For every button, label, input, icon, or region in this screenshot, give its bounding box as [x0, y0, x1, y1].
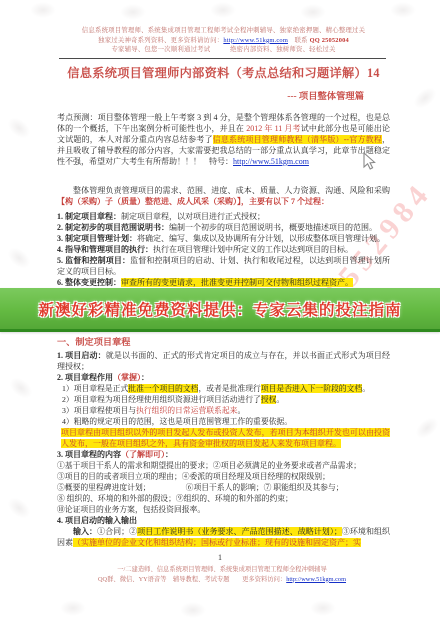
- charter-highlight-note: 项目章程由项目组织以外的项目发起人发布或投资人发布，若项目为本组织开发也可以由投…: [61, 427, 390, 449]
- process-item-2: 2. 制定初步的项目范围说明书：编制一个初步的项目范围说明书，概要地描述项目的范…: [57, 222, 390, 233]
- charter-subitem-4: 4）粗略的规定项目的范围，这也是项目范围管理工作的重要依据。: [62, 416, 390, 427]
- text-segment: 制定项目章程，以对项目进行正式授权；: [121, 212, 265, 221]
- process-item-1: 1. 制定项目章程：制定项目章程，以对项目进行正式授权；: [57, 211, 390, 222]
- text-segment: 项目工作说明书（业务要求、产品范围描述、战略计划）；: [137, 527, 342, 536]
- text-segment: （了解即可）: [121, 450, 165, 459]
- text-segment: 授权: [261, 395, 277, 404]
- process-item-3: 3. 制定项目管理计划：将确定、编写、集成以及协调所有分计划，以形成整体项目管理…: [57, 233, 390, 244]
- page-title: 信息系统项目管理师内部资料（考点总结和习题详解）14: [57, 64, 390, 81]
- charter-content-line-1: ①基于项目干系人的需求和期望提出的要求；②项目必须满足的业务要求或者产品需求；: [57, 460, 390, 471]
- text-segment: 将确定、编写、集成以及协调所有分计划，以形成整体项目管理计划。: [137, 234, 385, 243]
- text-segment: 6. 整体变更控制：: [57, 278, 121, 287]
- text-segment: 编制一个初步的项目范围说明书，概要地描述项目的范围。: [169, 223, 377, 232]
- text-segment: 整体管理负责管理项目的需求、范围、进度、成本、质量、人力资源、沟通、风险和采购: [73, 186, 390, 195]
- edge-smudge: [410, 84, 440, 113]
- charter-content-line-5: ⑩论证项目的业务方案，包括投资回报率。: [57, 504, 390, 515]
- text-segment: 输入：: [73, 527, 97, 536]
- text-segment: 【构（采购）子（质量）整范进、成人风采（采购）】，: [57, 197, 249, 206]
- text-segment: 项目章程由项目组织以外的项目发起人发布或投资人发布，若项目为本组织开发也可以由投…: [61, 428, 390, 448]
- text-segment: 执行组织的日常运营联系起来: [136, 406, 237, 415]
- text-segment: 。: [237, 406, 245, 415]
- edge-smudge: [60, 600, 86, 616]
- section-heading: 一、制定项目章程: [57, 336, 390, 348]
- footer-line-1: 一/二建造师、信息系统项目管理师、系统集成项目管理工程师全程冲刺辅导: [40, 565, 404, 575]
- text-segment: 。: [276, 395, 284, 404]
- edge-smudge: [6, 374, 36, 403]
- edge-smudge: [30, 2, 56, 18]
- text-segment: 主要有以下 7 个过程：: [249, 197, 329, 206]
- process-item-6: 6. 整体变更控制：审查所有的变更请求，批准变更并控制可交付物和组织过程资产。: [57, 277, 390, 288]
- edge-smudge: [4, 114, 34, 143]
- text-segment: （实施单位的企业文化和组织结构；国标或行业标准；现有的设施和固定资产；实: [73, 538, 361, 547]
- text-segment: 3）项目章程使项目与: [62, 406, 136, 415]
- text-segment: 2. 制定初步的项目范围说明书：: [57, 223, 169, 232]
- charter-subitem-2: 2）项目章程为项目经理使用组织资源进行项目活动进行了授权。: [62, 394, 390, 405]
- text-segment: 。: [362, 384, 370, 393]
- text-segment: 2）项目章程为项目经理使用组织资源进行项目活动进行了: [62, 395, 261, 404]
- text-segment: 1. 项目启动：: [57, 351, 106, 360]
- text-segment: 联系: [288, 37, 310, 44]
- text-segment: 执行在项目管理计划中所定义的工作以达到项目的目标。: [153, 245, 353, 254]
- text-segment: 2012 年 11 月考: [246, 124, 301, 133]
- text-segment: 就是以书面的、正式的形式肯定项目的成立与存在，并以书面正式形式为项目经理授权；: [57, 351, 390, 371]
- document-page: 25552984 信息系统项目管理师、系统集成项目管理工程师考试全程冲刺辅导、独…: [0, 0, 440, 620]
- edge-smudge: [4, 244, 34, 273]
- text-segment: 4）粗略的规定项目的范围，这也是项目范围管理工作的重要依据。: [62, 417, 292, 426]
- edge-smudge: [4, 494, 34, 523]
- charter-subitem-1: 1）项目章程是正式批准一个项目的文档，或者是批准现行项目是否进入下一阶段的文档。: [62, 383, 390, 394]
- page-subtitle: --- 项目整体管理篇: [57, 88, 390, 102]
- section-one: 一、制定项目章程 1. 项目启动：就是以书面的、正式的形式肯定项目的成立与存在，…: [57, 336, 390, 548]
- charter-content-line-4: ⑧ 组织的、环境的和外部的假设；⑨组织的、环境的和外部的约束；: [57, 493, 390, 504]
- header-divider: [59, 58, 386, 59]
- inline-link[interactable]: http://www.51kgm.com: [223, 37, 288, 44]
- ad-banner-text: 新澳好彩精准免费资料提供：专家云集的投注指南: [38, 298, 401, 320]
- text-segment: 3. 制定项目管理计划：: [57, 234, 137, 243]
- charter-content-line-3: ⑤概要的里程碑进度计划； ⑥项目干系人的影响；⑦ 职能组织及其参与；: [57, 482, 390, 493]
- text-segment: （掌握）: [113, 373, 141, 382]
- ad-banner[interactable]: 新澳好彩精准免费资料提供：专家云集的投注指南: [0, 288, 440, 332]
- charter-item-4-heading: 4. 项目启动的输入输出: [57, 515, 390, 526]
- edge-smudge: [310, 600, 336, 616]
- charter-item-2-heading: 2. 项目章程作用（掌握）：: [57, 372, 390, 383]
- charter-content-line-2: ③项目的目的或者项目立项的理由；④委派的项目经理及项目经理的权限级别；: [57, 471, 390, 482]
- text-segment: 3. 项目章程的内容: [57, 450, 121, 459]
- intro-paragraph: 考点预测：项目整体管理一般上午考察 3 到 4 分，是整个管理体系各管理的一个过…: [57, 112, 390, 178]
- page-number: 1: [0, 553, 440, 562]
- text-segment: 审查所有的变更请求，批准变更并控制可交付物和组织过程资产。: [121, 278, 353, 287]
- charter-input-paragraph: 输入：①合同；②项目工作说明书（业务要求、产品范围描述、战略计划）；③环境和组织…: [57, 526, 390, 548]
- header-line-3: 专家辅导、包您一次顺利通过考试 绝密内部资料、独树师资、轻松过关: [57, 45, 390, 55]
- text-segment: 4. 项目启动的输入输出: [57, 516, 137, 525]
- text-segment: 信息系统项目管理师教程（清华版）--官方教程: [213, 135, 382, 144]
- edge-smudge: [210, 2, 236, 18]
- header-line-1: 信息系统项目管理师、系统集成项目管理工程师考试全程冲刺辅导、独家绝密押题、精心整…: [57, 26, 390, 36]
- edge-smudge: [180, 602, 206, 618]
- text-segment: 独家过关神奇系列资料、更多资料请访问：: [98, 37, 223, 44]
- inline-link[interactable]: http://www.51kgm.com: [286, 576, 346, 583]
- edge-smudge: [390, 2, 416, 18]
- text-segment: 2. 项目章程作用: [57, 373, 113, 382]
- text-segment: QQ 25052004: [310, 37, 349, 44]
- text-segment: 1. 制定项目章程：: [57, 212, 121, 221]
- text-segment: ：: [141, 373, 149, 382]
- inline-link[interactable]: http://www.51kgm.com: [233, 157, 309, 166]
- charter-subitem-3: 3）项目章程使项目与执行组织的日常运营联系起来。: [62, 405, 390, 416]
- process-item-5: 5. 监督和控制项目：监督和控制项目的启动、计划、执行和收尾过程，以达到项目管理…: [57, 255, 390, 277]
- charter-item-1: 1. 项目启动：就是以书面的、正式的形式肯定项目的成立与存在，并以书面正式形式为…: [57, 350, 390, 372]
- text-segment: ：: [165, 450, 173, 459]
- edge-smudge: [120, 4, 146, 20]
- text-segment: 1）项目章程是正式: [62, 384, 128, 393]
- charter-item-3-heading: 3. 项目章程的内容（了解即可）：: [57, 449, 390, 460]
- process-item-4: 4. 指导和管理项目的执行：执行在项目管理计划中所定义的工作以达到项目的目标。: [57, 244, 390, 255]
- text-segment: ①合同；②: [97, 527, 137, 536]
- text-segment: 4. 指导和管理项目的执行：: [57, 245, 153, 254]
- edge-smudge: [412, 414, 440, 443]
- page-footer: 一/二建造师、信息系统项目管理师、系统集成项目管理工程师全程冲刺辅导 QQ群、微…: [40, 565, 404, 584]
- overview-paragraph: 整体管理负责管理项目的需求、范围、进度、成本、质量、人力资源、沟通、风险和采购【…: [57, 185, 390, 207]
- process-list: 1. 制定项目章程：制定项目章程，以对项目进行正式授权； 2. 制定初步的项目范…: [57, 211, 390, 288]
- footer-line-2: QQ群、微信、YY语音等 辅导教程、考试专题 更多资料访问：http://www…: [40, 575, 404, 585]
- page-top-content: 信息系统项目管理师、系统集成项目管理工程师考试全程冲刺辅导、独家绝密押题、精心整…: [57, 26, 390, 288]
- text-segment: 项目是否进入下一阶段的文档: [261, 384, 362, 393]
- edge-smudge: [300, 4, 326, 20]
- text-segment: ，或者是批准现行: [198, 384, 260, 393]
- text-segment: 5. 监督和控制项目：: [57, 256, 130, 265]
- header-line-2: 独家过关神奇系列资料、更多资料请访问：http://www.51kgm.com …: [57, 36, 390, 46]
- text-segment: 批准一个项目的文档: [128, 384, 198, 393]
- text-segment: QQ群、微信、YY语音等 辅导教程、考试专题 更多资料访问：: [98, 576, 286, 583]
